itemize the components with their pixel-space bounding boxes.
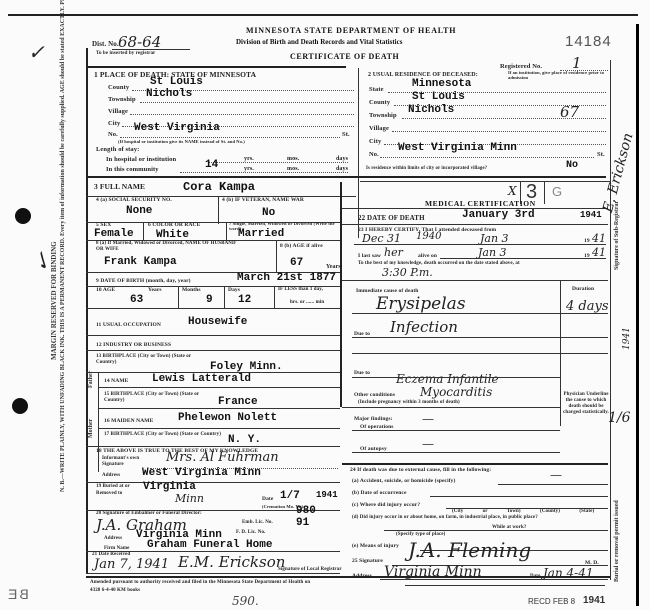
birthplace-label: 13 BIRTHPLACE (City or Town) (State or C… [96,354,206,366]
pod-township-line [140,102,354,103]
res-township: Nichols [408,104,454,116]
top-border [8,14,638,16]
industry-label: 12 INDUSTRY OR BUSINESS [96,342,171,348]
burial-permit-label: Burial or removal permit issued [614,500,620,582]
section-rule-1b [360,181,610,182]
rule-received-bottom [86,573,340,574]
fd-lic-label: F. D. Lic. No. [236,530,265,535]
age-days-label: Days [228,287,240,293]
res-limits-label: Is residence within limits of city or in… [366,166,487,171]
time-of-death: 3:30 P.m. [382,266,433,279]
operations: — [422,412,434,426]
rule-informant-top [86,446,340,447]
rule-address [380,579,608,580]
place-note: (Specify type of place) [396,532,445,537]
rule-immediate-top [342,280,608,281]
res-no: West Virginia Minn [398,142,517,154]
res-township-label: Township [369,112,397,119]
pod-city-label: City [108,120,120,127]
corner-mark: BE [6,586,29,602]
mother-birthplace: N. Y. [228,434,261,446]
age-divider-2 [224,286,225,308]
hrs-min-label: hrs. or ...... min [290,300,324,305]
means-label: (e) Means of injury [352,543,399,549]
pod-note: (If hospital or institution give its NAM… [118,139,245,144]
fd-lic: 91 [296,517,309,529]
rule-external-top [342,463,608,465]
spouse-age: 67 [290,257,303,269]
rule-occurrence [430,496,608,497]
major-findings-label: Major findings: [354,416,393,422]
rule-immediate-bottom [352,313,608,314]
age-months-label: Months [182,287,201,293]
burial-label: 19 Buried at or Removed to [96,483,136,497]
attended-line [354,244,606,245]
last-saw-who: her [384,246,403,259]
dod-label: 22 DATE OF DEATH [358,214,425,222]
side-box-divider-2 [544,182,545,204]
informant-signature-label: Informant's own Signature [102,456,162,467]
section-rule-1 [86,176,606,178]
rule-due-to-2 [352,377,560,378]
community-days: days [336,166,348,172]
hospital-mos: mos. [287,156,299,162]
spouse-age-label: 8 (b) AGE if alive [280,243,323,249]
ssn-label: 4 (a) SOCIAL SECURITY NO. [96,197,172,203]
due-to-1: Infection [390,318,458,336]
hospital-days: days [336,156,348,162]
pod-county-label: County [108,84,129,91]
rule-father-birthplace-top [98,387,340,388]
residence-heading-note: If an institution, give place of residen… [508,70,608,80]
amended-text: Amended pursuant to authority received a… [90,580,310,585]
mother-maiden-label: 16 MAIDEN NAME [104,418,153,424]
right-margin-line [610,60,611,580]
occurrence-label: (b) Date of occurrence [352,490,406,496]
physician-signature: J.A. Fleming [408,538,531,562]
marital: Married [238,228,284,240]
rule-major-top [342,407,560,408]
physician-note: Physician Underline the cause to which d… [563,392,609,416]
burial-date-label: Date [262,496,273,502]
length-of-stay-label: Length of stay: [96,146,139,153]
title-department: MINNESOTA STATE DEPARTMENT OF HEALTH [246,26,456,35]
rule-industry-top [86,335,340,336]
medical-heading: MEDICAL CERTIFICATION [425,199,536,208]
emb-lic: 980 [296,505,316,517]
home-label: (d) Did injury occur in or about home, o… [352,515,538,520]
immediate-cause: Erysipelas [376,294,466,314]
mother-side-label: Mother [88,419,94,438]
where-label: (c) Where did injury occur? [352,502,420,508]
dist-note: To be inserted by registrar [96,51,155,56]
duration: 4 days [566,299,609,314]
corner-check-mark: ✓ [28,40,45,64]
received-date: Jan 7, 1941 [94,557,169,572]
title-division: Division of Birth and Death Records and … [236,38,402,46]
pod-no-line [120,137,340,138]
rule-mother-birthplace-top [98,428,340,429]
community-stay-line [180,172,348,173]
pod-no-label: No. [108,131,118,138]
side-box-check: X [508,184,517,198]
veteran-label: 4 (b) IF VETERAN, NAME WAR [222,197,304,203]
age-divider-1 [178,286,179,308]
right-margin-date: 1941 [622,327,632,350]
due-to-2: Eczema Infantile [396,372,499,386]
res-state: Minnesota [412,78,471,90]
age-months: 9 [206,294,213,306]
less-than-day-label: IF LESS than 1 day, [278,287,323,292]
pod-st-label: St. [342,131,350,138]
other-label: Other conditions [354,392,395,398]
rule-operations [352,430,560,431]
res-county-label: County [369,99,390,106]
rule-place [384,530,608,531]
occupation-label: 11 USUAL OCCUPATION [96,322,161,328]
dob: March 21st 1877 [237,272,336,284]
dod: January 3rd [462,209,535,221]
dist-no-underline [112,49,190,50]
burial-year: 1941 [316,490,338,500]
pod-township-label: Township [108,96,136,103]
binding-hole-bottom [12,398,28,414]
mother-birthplace-label: 17 BIRTHPLACE (City or Town) (State or C… [104,432,224,438]
accident-label: (a) Accident, suicide, or homicide (spec… [352,478,455,484]
dist-no-label: Dist. No. [92,40,119,48]
veteran: No [262,207,275,219]
book-ref: 4328 6-4-40 KM books [90,588,140,593]
duration-label: Duration [572,286,594,292]
sex: Female [94,228,134,240]
rule-occupation-top [86,308,340,309]
res-village-label: Village [369,125,389,132]
informant-signature: Mrs. Al Fuhrman [166,450,279,465]
other-conditions: Myocarditis [420,385,492,399]
registrar-signature: E.M. Erickson [178,553,285,571]
rule-birthplace-top [86,350,340,351]
dod-rule [342,224,608,225]
external-heading: 24 If death was due to external cause, f… [350,467,491,473]
pod-village-line [130,114,354,115]
res-state-label: State [369,86,384,93]
rule-accident [498,484,608,485]
age-days: 12 [238,294,251,306]
informant-address-label: Address [102,473,120,478]
right-margin-fraction: 1/6 [608,410,631,426]
rule-due-to-1b [352,353,608,354]
community-years: 14 [205,159,218,171]
footer-rule [86,576,610,578]
color-divider [226,222,227,240]
dob-label: 9 DATE OF BIRTH (month, day, year) [96,278,191,284]
spouse: Frank Kampa [104,256,177,268]
right-page-edge [636,24,639,606]
rule-due-to-1 [352,337,608,338]
emb-lic-label: Emb. Lic. No. [242,520,273,525]
work-label: While at work? [492,525,526,530]
received-stamp-year: 1941 [583,595,605,606]
ssn-divider [218,196,219,224]
spouse-label: 8 (a) If Married, Widowed or Divorced, N… [96,241,236,252]
age-years: 63 [130,294,143,306]
hospital-yrs: yrs. [244,156,254,162]
amended-line [405,585,605,586]
pod-township: Nichols [146,88,192,100]
where-note: (City or Town) (County) (State) [452,509,594,514]
full-name: Cora Kampa [183,180,255,194]
res-st-label: St. [597,151,605,158]
occupation: Housewife [188,316,247,328]
file-number-stamp: 14184 [565,33,612,50]
pod-village-label: Village [108,108,128,115]
father-name-label: 14 NAME [104,378,128,384]
pod-no: West Virginia [134,122,220,134]
other-note: (Include pregnancy within 3 months of de… [358,400,460,405]
father-side-label: Father [88,371,94,388]
title-certificate: CERTIFICATE OF DEATH [290,52,399,61]
alive-on-label: alive on [418,253,437,259]
director-address-label: Address [104,536,122,541]
age-label: 10 AGE [96,287,115,293]
res-no-line [380,157,594,158]
hospital-stay-label: In hospital or institution [106,156,176,163]
community-yrs: yrs. [244,166,254,172]
age-years-label: Years [148,287,162,293]
dod-year: 1941 [580,210,602,220]
spouse-years-label: Years [326,264,341,270]
father-birthplace-label: 15 BIRTHPLACE (City or Town) (State or C… [104,392,204,404]
last-saw-label: I last saw [358,253,381,259]
mother-maiden: Phelewon Nolett [178,412,277,424]
father-name: Lewis Latterald [152,373,251,385]
pod-county: St Louis [150,76,203,88]
death-certificate: N. B.—WRITE PLAINLY, WITH UNFADING BLACK… [0,0,650,610]
binding-hole-top [15,208,31,224]
handwritten-number: 590. [232,594,259,608]
father-birthplace: France [218,396,258,408]
community-stay-label: In this community [106,166,159,173]
personal-medical-divider [340,182,342,407]
full-name-label: 3 FULL NAME [94,182,145,191]
accident: — [550,468,562,482]
informant-address: West Virginia Minn [142,467,261,479]
rule-mother-top [98,408,340,409]
due-to-label-2: Due to [354,370,370,376]
registrar-label: Signature of Local Registrar [278,567,342,572]
ssn: None [126,205,152,217]
alive-line [440,258,606,259]
res-limits: No [566,160,578,171]
burial-sub: Minn [175,492,204,505]
left-margin-instructions: N. B.—WRITE PLAINLY, WITH UNFADING BLACK… [60,92,66,492]
hospital-stay-line [208,162,348,163]
left-form-border [86,48,88,573]
burial-date: 1/7 [280,490,300,502]
received-stamp: RECD FEB 8 [528,597,575,606]
spouse-divider [276,240,277,272]
color-label: 6 COLOR OR RACE [148,222,200,228]
header-rule [86,66,346,68]
age-divider-3 [274,286,275,308]
section-divider [358,68,359,238]
sex-divider [143,222,144,240]
attended-from-year: 1940 [416,231,441,242]
community-mos: mos. [287,166,299,172]
registered-no-label: Registered No. [500,63,542,70]
res-county: St Louis [412,91,465,103]
side-box-initial: G [552,184,562,199]
physician-signature-label: 25 Signature [352,558,383,564]
res-no-label: No. [369,151,379,158]
res-city-label: City [369,138,381,145]
rule-autopsy [352,452,560,453]
firm: Graham Funeral Home [147,539,272,551]
autopsy: — [422,437,434,451]
res-township-line [402,118,606,119]
res-village-line [392,131,606,132]
